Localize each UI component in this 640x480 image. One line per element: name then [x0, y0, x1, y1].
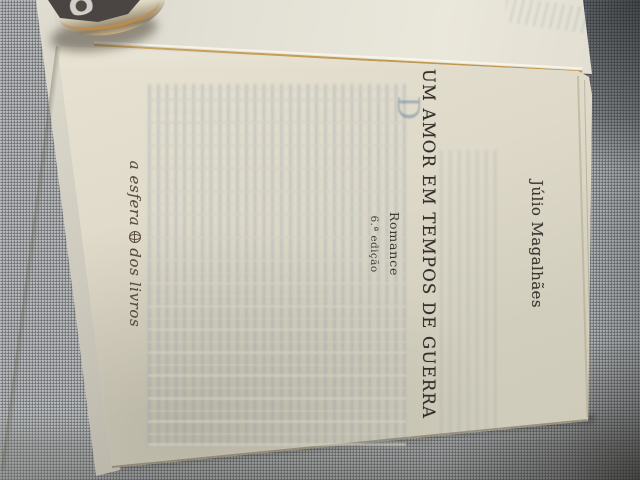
publisher-prefix: a esfera	[126, 161, 144, 227]
book-title: UM AMOR EM TEMPOS DE GUERRA	[419, 69, 438, 419]
edition-label: 6.ª edição	[368, 215, 380, 272]
publisher-suffix: dos livros	[126, 248, 144, 327]
author-name: Júlio Magalhães	[528, 180, 546, 308]
book-photo: D Júlio Magalhães UM AMOR EM TEMPOS DE G…	[0, 0, 640, 480]
publisher-logo: a esfera dos livros	[126, 161, 144, 328]
page-text-area: Júlio Magalhães UM AMOR EM TEMPOS DE GUE…	[100, 46, 588, 468]
esfera-globe-icon	[129, 231, 141, 243]
title-page-content: Júlio Magalhães UM AMOR EM TEMPOS DE GUE…	[100, 46, 588, 468]
genre-label: Romance	[387, 212, 402, 276]
